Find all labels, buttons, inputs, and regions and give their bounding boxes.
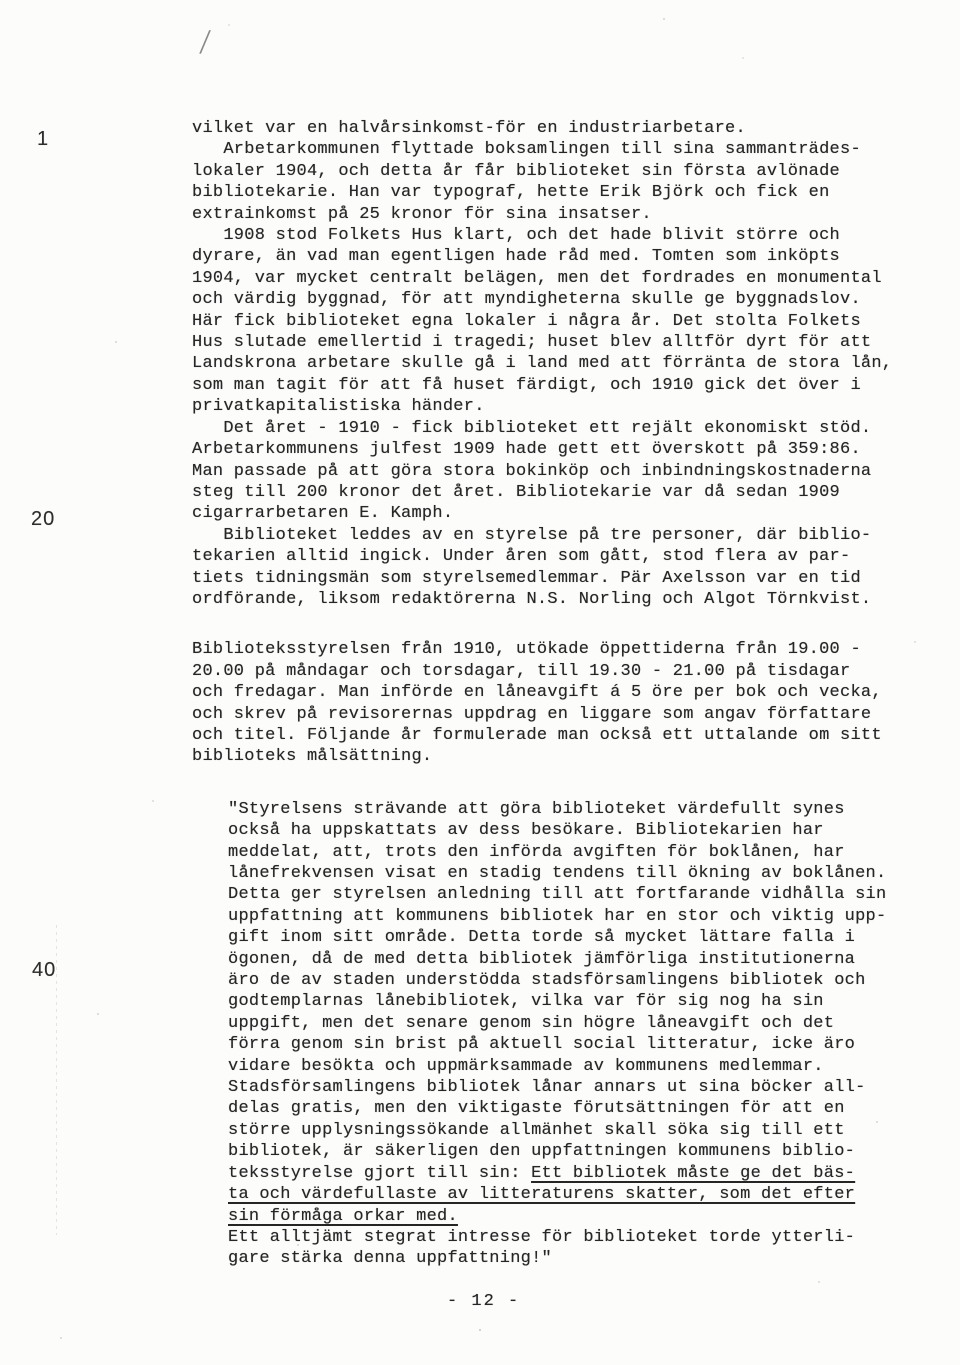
text-segment: teksstyrelse gjort till sin: [228, 1164, 531, 1183]
text-segment: tekarien alltid ingick. Under åren som g… [192, 547, 850, 566]
text-segment: också ha uppskattats av dess besökare. B… [228, 821, 824, 840]
text-line: och fredagar. Man införde en låneavgift … [192, 682, 912, 703]
text-line: bibliotek, är säkerligen den uppfattning… [228, 1141, 912, 1162]
text-line: Biblioteket leddes av en styrelse på tre… [192, 525, 912, 546]
text-line: förra genom sin brist på aktuell social … [228, 1034, 912, 1055]
text-segment: lokaler 1904, och detta år får bibliotek… [192, 162, 840, 181]
text-line: "Styrelsens strävande att göra bibliotek… [228, 799, 912, 820]
text-line: gift inom sitt område. Detta torde så my… [228, 927, 912, 948]
text-segment: och titel. Följande år formulerade man o… [192, 726, 882, 745]
text-line: steg till 200 kronor det året. Bibliotek… [192, 482, 912, 503]
text-line: teksstyrelse gjort till sin: Ett bibliot… [228, 1163, 912, 1184]
text-line: Biblioteksstyrelsen från 1910, utökade ö… [192, 639, 912, 660]
text-line: 1904, var mycket centralt belägen, men d… [192, 268, 912, 289]
text-segment: större upplysningssökande allmänhet skal… [228, 1121, 845, 1140]
text-line: delas gratis, men den viktigaste förutsä… [228, 1098, 912, 1119]
text-segment: som man tagit för att få huset färdigt, … [192, 376, 861, 395]
text-line: och värdig byggnad, för att myndighetern… [192, 289, 912, 310]
margin-line-number-20: 20 [31, 508, 55, 531]
text-line: gare stärka denna uppfattning!" [228, 1248, 912, 1269]
text-segment: meddelat, att, trots den införda avgifte… [228, 843, 845, 862]
text-line: vidare besökta och uppmärksammade av kom… [228, 1056, 912, 1077]
text-segment: uppgift, men det senare genom sin högre … [228, 1014, 834, 1033]
text-line: och skrev på revisorernas uppdrag en lig… [192, 704, 912, 725]
text-line: som man tagit för att få huset färdigt, … [192, 375, 912, 396]
text-segment: äro de av staden understödda stadsförsam… [228, 971, 866, 990]
text-line: dyrare, än vad man egentligen hade råd m… [192, 246, 912, 267]
text-line: privatkapitalistiska händer. [192, 396, 912, 417]
text-line: lokaler 1904, och detta år får bibliotek… [192, 161, 912, 182]
text-segment: Arbetarkommunens julfest 1909 hade gett … [192, 440, 861, 459]
text-line: Ett alltjämt stegrat intresse för biblio… [228, 1227, 912, 1248]
document-body: vilket var en halvårsinkomst-för en indu… [192, 118, 912, 1270]
text-segment: ögonen, då de med detta bibliotek jämför… [228, 950, 855, 969]
text-segment: Stadsförsamlingens bibliotek lånar annar… [228, 1078, 866, 1097]
text-line: större upplysningssökande allmänhet skal… [228, 1120, 912, 1141]
text-line: sin förmåga orkar med. [228, 1206, 912, 1227]
text-line: ordförande, liksom redaktörerna N.S. Nor… [192, 589, 912, 610]
text-line: biblioteks målsättning. [192, 746, 912, 767]
text-line: Stadsförsamlingens bibliotek lånar annar… [228, 1077, 912, 1098]
text-line: uppgift, men det senare genom sin högre … [228, 1013, 912, 1034]
text-line: uppfattning att kommunens bibliotek har … [228, 906, 912, 927]
text-segment: 1904, var mycket centralt belägen, men d… [192, 269, 882, 288]
margin-line-number-1: 1 [37, 128, 49, 151]
text-line: Landskrona arbetare skulle gå i land med… [192, 353, 912, 374]
text-segment: Landskrona arbetare skulle gå i land med… [192, 354, 892, 373]
handwritten-slash-mark: / [199, 21, 224, 62]
text-line: lånefrekvensen visat en stadig tendens t… [228, 863, 912, 884]
text-line: Arbetarkommunens julfest 1909 hade gett … [192, 439, 912, 460]
text-line: Här fick biblioteket egna lokaler i någr… [192, 311, 912, 332]
text-segment: sin förmåga orkar med. [228, 1207, 458, 1226]
text-line: godtemplarnas lånebibliotek, vilka var f… [228, 991, 912, 1012]
text-line: Detta ger styrelsen anledning till att f… [228, 884, 912, 905]
text-segment: dyrare, än vad man egentligen hade råd m… [192, 247, 840, 266]
paragraph-block-styrelsen: Biblioteksstyrelsen från 1910, utökade ö… [192, 639, 912, 767]
text-line: äro de av staden understödda stadsförsam… [228, 970, 912, 991]
text-line: Man passade på att göra stora bokinköp o… [192, 461, 912, 482]
scanned-document-page: 1 20 40 / vilket var en halvårsinkomst-f… [0, 0, 960, 1365]
text-segment: Ett bibliotek måste ge det bäs- [531, 1164, 855, 1183]
scan-noise-specks [0, 0, 2, 2]
text-line: också ha uppskattats av dess besökare. B… [228, 820, 912, 841]
margin-line-artifact [56, 925, 57, 1235]
text-segment: vidare besökta och uppmärksammade av kom… [228, 1057, 824, 1076]
text-segment: Man passade på att göra stora bokinköp o… [192, 462, 871, 481]
text-segment: uppfattning att kommunens bibliotek har … [228, 907, 886, 926]
text-segment: vilket var en halvårsinkomst-för en indu… [192, 119, 746, 138]
text-segment: extrainkomst på 25 kronor för sina insat… [192, 205, 652, 224]
text-segment: och skrev på revisorernas uppdrag en lig… [192, 705, 871, 724]
text-line: bibliotekarie. Han var typograf, hette E… [192, 182, 912, 203]
text-line: Arbetarkommunen flyttade boksamlingen ti… [192, 139, 912, 160]
paragraph-block-history: vilket var en halvårsinkomst-för en indu… [192, 118, 912, 610]
text-segment: privatkapitalistiska händer. [192, 397, 485, 416]
text-segment: Ett alltjämt stegrat intresse för biblio… [228, 1228, 855, 1247]
text-line: meddelat, att, trots den införda avgifte… [228, 842, 912, 863]
text-segment: ta och värdefullaste av litteraturens sk… [228, 1185, 855, 1204]
text-segment: Arbetarkommunen flyttade boksamlingen ti… [192, 140, 861, 159]
text-segment: och fredagar. Man införde en låneavgift … [192, 683, 882, 702]
text-segment: och värdig byggnad, för att myndighetern… [192, 290, 861, 309]
text-segment: "Styrelsens strävande att göra bibliotek… [228, 800, 845, 819]
text-segment: 1908 stod Folkets Hus klart, och det had… [192, 226, 840, 245]
text-line: Hus slutade emellertid i tragedi; huset … [192, 332, 912, 353]
text-segment: godtemplarnas lånebibliotek, vilka var f… [228, 992, 824, 1011]
text-segment: biblioteks målsättning. [192, 747, 432, 766]
text-segment: Biblioteket leddes av en styrelse på tre… [192, 526, 871, 545]
text-segment: lånefrekvensen visat en stadig tendens t… [228, 864, 886, 883]
quote-block-styrelsens-stravande: "Styrelsens strävande att göra bibliotek… [228, 799, 912, 1270]
text-segment: Biblioteksstyrelsen från 1910, utökade ö… [192, 640, 861, 659]
text-segment: cigarrarbetaren E. Kamph. [192, 504, 453, 523]
text-line: tekarien alltid ingick. Under åren som g… [192, 546, 912, 567]
text-line: vilket var en halvårsinkomst-för en indu… [192, 118, 912, 139]
text-line: ta och värdefullaste av litteraturens sk… [228, 1184, 912, 1205]
text-segment: steg till 200 kronor det året. Bibliotek… [192, 483, 840, 502]
text-segment: tiets tidningsmän som styrelsemedlemmar.… [192, 569, 861, 588]
text-segment: delas gratis, men den viktigaste förutsä… [228, 1099, 845, 1118]
text-line: cigarrarbetaren E. Kamph. [192, 503, 912, 524]
text-line: och titel. Följande år formulerade man o… [192, 725, 912, 746]
text-segment: ordförande, liksom redaktörerna N.S. Nor… [192, 590, 871, 609]
page-number: - 12 - [447, 1292, 520, 1311]
text-line: Det året - 1910 - fick biblioteket ett r… [192, 418, 912, 439]
text-segment: 20.00 på måndagar och torsdagar, till 19… [192, 662, 850, 681]
text-segment: Detta ger styrelsen anledning till att f… [228, 885, 886, 904]
text-segment: Här fick biblioteket egna lokaler i någr… [192, 312, 861, 331]
text-line: 20.00 på måndagar och torsdagar, till 19… [192, 661, 912, 682]
text-line: tiets tidningsmän som styrelsemedlemmar.… [192, 568, 912, 589]
text-segment: Det året - 1910 - fick biblioteket ett r… [192, 419, 871, 438]
text-segment: gift inom sitt område. Detta torde så my… [228, 928, 855, 947]
text-line: ögonen, då de med detta bibliotek jämför… [228, 949, 912, 970]
text-segment: Hus slutade emellertid i tragedi; huset … [192, 333, 871, 352]
text-line: 1908 stod Folkets Hus klart, och det had… [192, 225, 912, 246]
text-segment: gare stärka denna uppfattning!" [228, 1249, 552, 1268]
text-line: extrainkomst på 25 kronor för sina insat… [192, 204, 912, 225]
text-segment: bibliotek, är säkerligen den uppfattning… [228, 1142, 855, 1161]
margin-line-number-40: 40 [32, 959, 56, 982]
text-segment: bibliotekarie. Han var typograf, hette E… [192, 183, 830, 202]
text-segment: förra genom sin brist på aktuell social … [228, 1035, 855, 1054]
